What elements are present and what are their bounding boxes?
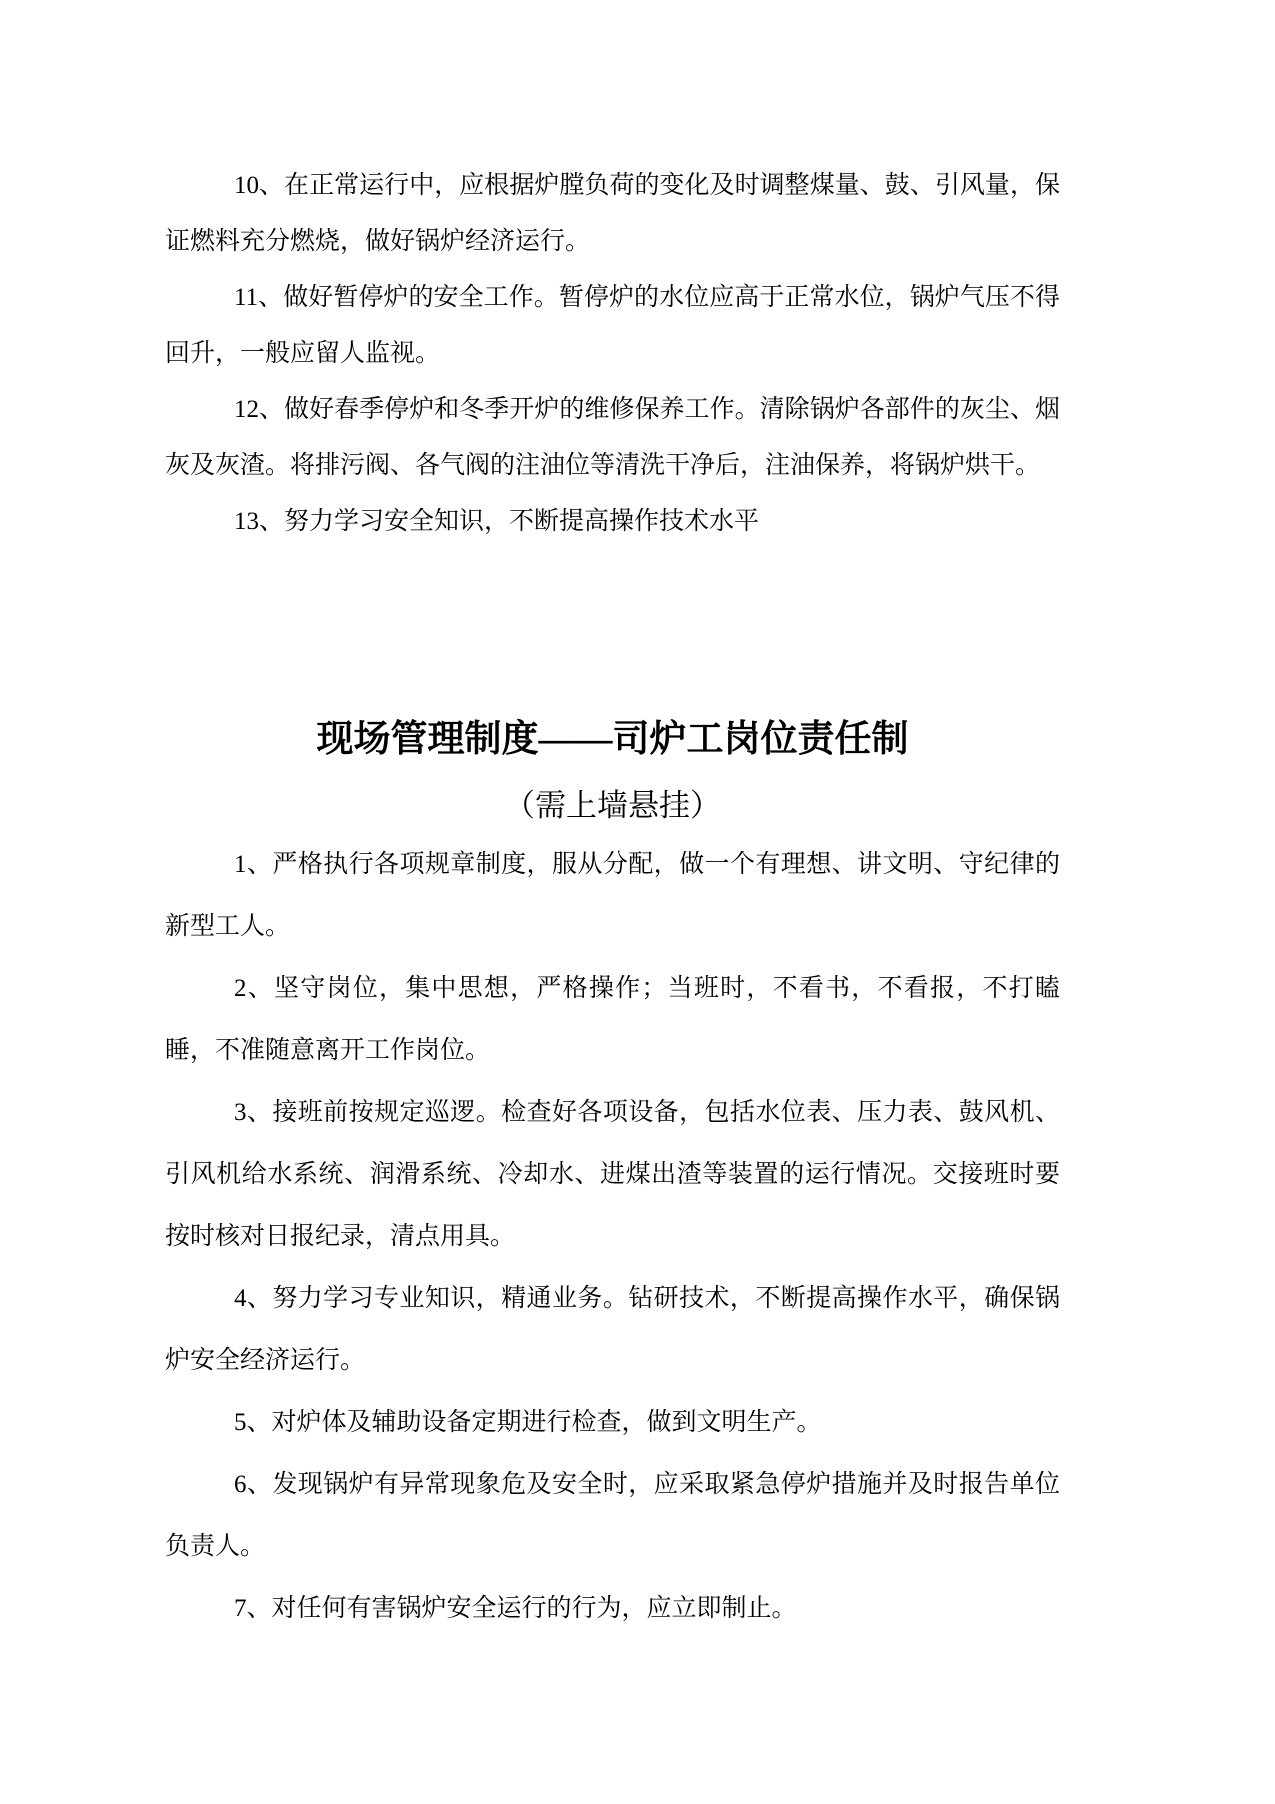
document-subtitle: （需上墙悬挂） [165,786,1060,826]
paragraph-duty-1: 1、严格执行各项规章制度，服从分配，做一个有理想、讲文明、守纪律的新型工人。 [165,834,1060,958]
section-boiler-operating-rules: 10、在正常运行中，应根据炉膛负荷的变化及时调整煤量、鼓、引风量，保证燃料充分燃… [165,0,1060,550]
document-page: 10、在正常运行中，应根据炉膛负荷的变化及时调整煤量、鼓、引风量，保证燃料充分燃… [0,0,1275,1804]
paragraph-rule-12: 12、做好春季停炉和冬季开炉的维修保养工作。清除锅炉各部件的灰尘、烟灰及灰渣。将… [165,382,1060,494]
paragraph-duty-2: 2、坚守岗位，集中思想，严格操作；当班时，不看书，不看报，不打瞌睡，不准随意离开… [165,958,1060,1082]
paragraph-duty-3: 3、接班前按规定巡逻。检查好各项设备，包括水位表、压力表、鼓风机、引风机给水系统… [165,1082,1060,1268]
document-title: 现场管理制度——司炉工岗位责任制 [165,716,1060,764]
paragraph-rule-10: 10、在正常运行中，应根据炉膛负荷的变化及时调整煤量、鼓、引风量，保证燃料充分燃… [165,158,1060,270]
paragraph-rule-11: 11、做好暂停炉的安全工作。暂停炉的水位应高于正常水位，锅炉气压不得回升，一般应… [165,270,1060,382]
section-stoker-post-responsibility: 1、严格执行各项规章制度，服从分配，做一个有理想、讲文明、守纪律的新型工人。 2… [165,834,1060,1640]
paragraph-duty-4: 4、努力学习专业知识，精通业务。钻研技术，不断提高操作水平，确保锅炉安全经济运行… [165,1268,1060,1392]
paragraph-duty-6: 6、发现锅炉有异常现象危及安全时，应采取紧急停炉措施并及时报告单位负责人。 [165,1454,1060,1578]
paragraph-rule-13: 13、努力学习安全知识，不断提高操作技术水平 [165,494,1060,550]
paragraph-duty-7: 7、对任何有害锅炉安全运行的行为，应立即制止。 [165,1578,1060,1640]
paragraph-duty-5: 5、对炉体及辅助设备定期进行检查，做到文明生产。 [165,1392,1060,1454]
document-content: 10、在正常运行中，应根据炉膛负荷的变化及时调整煤量、鼓、引风量，保证燃料充分燃… [165,0,1060,1640]
